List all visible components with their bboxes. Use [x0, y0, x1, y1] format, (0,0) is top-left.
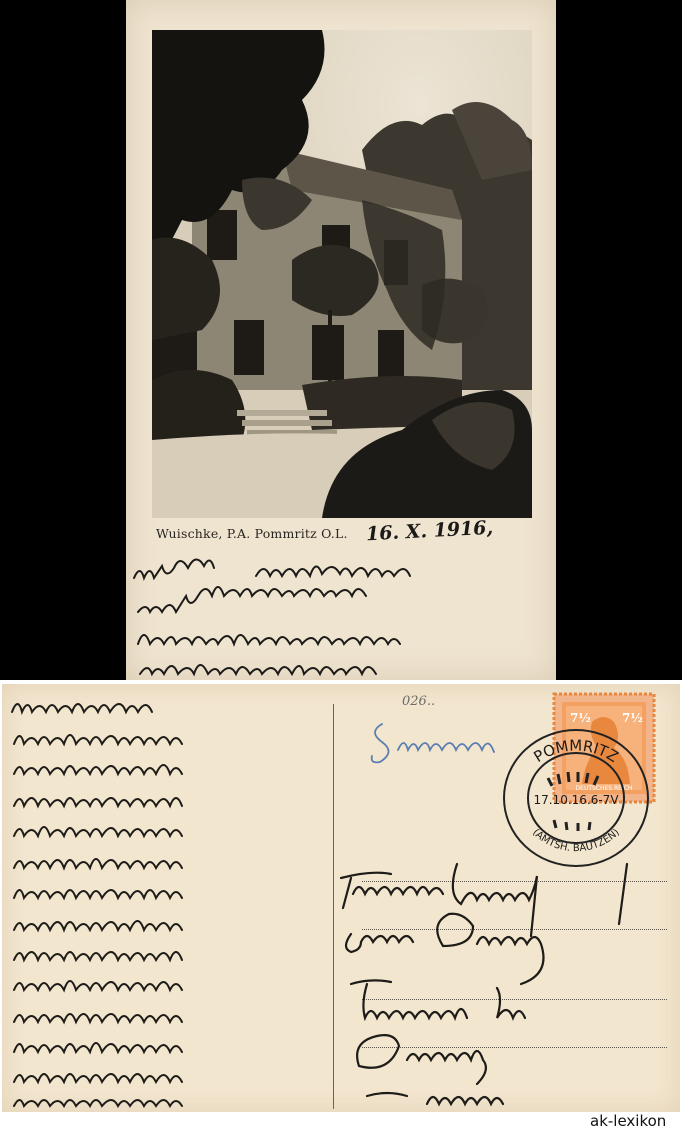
postmark-town: POMMRITZ: [531, 737, 622, 766]
blue-handwritten-note: [368, 720, 508, 764]
background-panel-left: [0, 0, 126, 680]
postmark-date: 17.10.16.6-7V: [533, 793, 619, 807]
photo-caption: Wuischke, P.A. Pommritz O.L.: [156, 526, 348, 541]
postmark: POMMRITZ (AMTSH. BAUTZEN) 17.10.16.6-7V: [496, 724, 656, 874]
pencil-note: 026..: [402, 694, 435, 709]
postcard-scan: Wuischke, P.A. Pommritz O.L. 16. X. 1916…: [0, 0, 682, 1132]
handwritten-address: [337, 854, 677, 1114]
house-photograph: [152, 30, 532, 518]
postcard-front: Wuischke, P.A. Pommritz O.L. 16. X. 1916…: [126, 0, 556, 680]
background-panel-right: [556, 0, 682, 680]
svg-text:POMMRITZ: POMMRITZ: [531, 737, 622, 766]
svg-text:7½: 7½: [622, 711, 643, 725]
watermark: ak-lexikon: [590, 1112, 666, 1130]
handwritten-message-back: [2, 684, 334, 1112]
handwritten-message-front: [126, 540, 556, 680]
svg-text:7½: 7½: [570, 711, 591, 725]
